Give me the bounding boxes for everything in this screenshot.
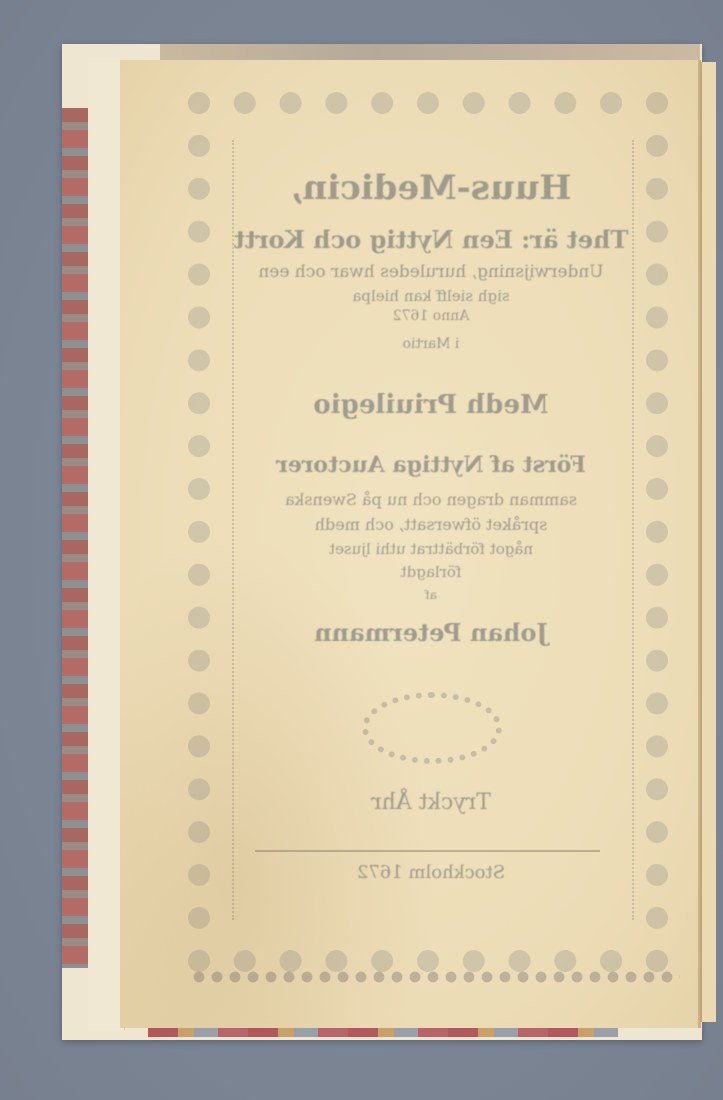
bleed-through-imprint: Tryckt Åhr [232, 790, 630, 815]
bleed-through-author: Johan Petermann [232, 618, 630, 647]
bleed-through-line: samman dragen och nu på Swenska [232, 490, 630, 509]
page-edges [700, 62, 716, 1022]
bleed-through-bottom-border [190, 968, 680, 986]
cover-top-edge [160, 44, 700, 60]
bleed-through-line: språket öfwersatt, och medh [232, 515, 630, 534]
bleed-through-place-date: Stockholm 1672 [232, 862, 630, 883]
bleed-through-line: Thet är: Een Nyttig och Kortt [232, 225, 630, 254]
bleed-through-line: i Martio [232, 336, 630, 352]
bleed-through-line: Medh Priuilegio [232, 390, 630, 420]
bleed-through-printer-ornament [362, 692, 502, 764]
bleed-through-line: något förbättrat uthi ljuset [232, 540, 630, 558]
bleed-through-line: af [232, 588, 630, 602]
bleed-through-line: sigh sielff kan hielpa [232, 287, 630, 305]
bleed-through-line: förlagdt [232, 563, 630, 581]
bleed-through-title: Huus-Medicin, [232, 168, 630, 208]
bleed-through-line: Anno 1672 [232, 308, 630, 324]
bleed-through-line: Först af Nyttiga Auctorer [232, 452, 630, 478]
bleed-through-line: Underwijsning, huruledes hwar och een [232, 262, 630, 282]
bleed-through-rule [255, 850, 600, 852]
marbled-cover-left-edge [62, 108, 88, 968]
